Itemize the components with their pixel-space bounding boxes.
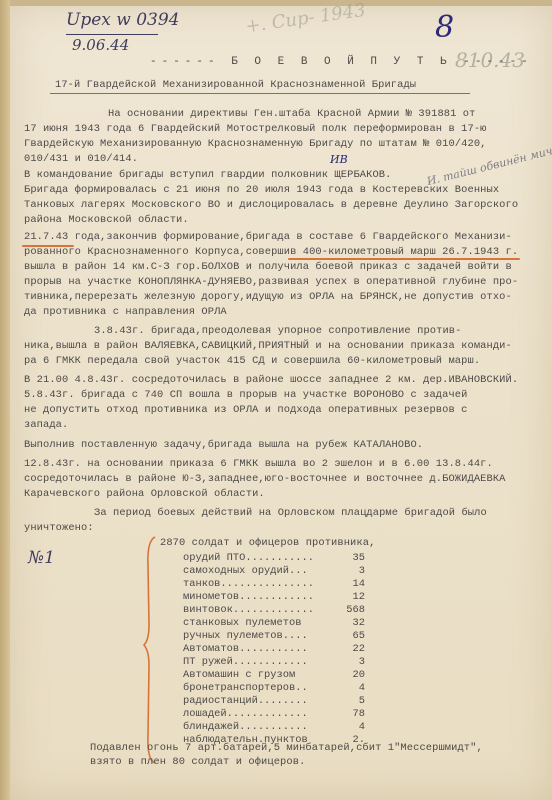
losses-header: 2870 солдат и офицеров противника, <box>160 537 375 550</box>
margin-initials: ИВ <box>330 153 348 166</box>
archive-ref-underline <box>66 34 158 35</box>
closing-line: Подавлен огонь 7 арт.батарей,5 минбатаре… <box>90 742 483 755</box>
losses-item-value: 12 <box>335 591 365 604</box>
underline-march <box>288 258 520 260</box>
body-line: В 21.00 4.8.43г. сосредоточилась в район… <box>24 374 518 387</box>
body-line: 17 июня 1943 года 6 Гвардейский Мотостре… <box>24 123 486 136</box>
losses-item: танков...............14 <box>183 578 365 591</box>
losses-item-name: танков............... <box>183 578 335 591</box>
losses-item-name: бронетранспортеров.. <box>183 682 335 695</box>
losses-item-value: 32 <box>335 617 365 630</box>
losses-item-value: 4 <box>335 721 365 734</box>
losses-list: орудий ПТО...........35самоходных орудий… <box>183 552 365 747</box>
body-line: да противника с направления ОРЛА <box>24 306 227 319</box>
page-top-edge <box>0 0 552 6</box>
losses-item: винтовок.............568 <box>183 604 365 617</box>
losses-item-name: станковых пулеметов <box>183 617 335 630</box>
document-subtitle: 17-й Гвардейской Механизированной Красно… <box>55 79 416 92</box>
archive-reference: Upex w 0394 <box>66 10 179 30</box>
losses-item-name: ПТ ружей............ <box>183 656 335 669</box>
losses-item-value: 568 <box>335 604 365 617</box>
losses-item-name: Автомашин с грузом <box>183 669 335 682</box>
losses-item-value: 4 <box>335 682 365 695</box>
body-line: В командование бригады вступил гвардии п… <box>24 169 391 182</box>
body-line: сосредоточилась в районе Ю-З,западнее,юг… <box>24 473 506 486</box>
body-line: не допустить отход противника из ОРЛА и … <box>24 404 467 417</box>
body-line: На основании директивы Ген.штаба Красной… <box>108 108 475 121</box>
losses-item: Автомашин с грузом20 <box>183 669 365 682</box>
body-line: района Московской области. <box>24 214 189 227</box>
losses-item-name: минометов............ <box>183 591 335 604</box>
body-line: уничтожено: <box>24 522 94 535</box>
body-line: Карачевского района Орловской области. <box>24 488 265 501</box>
losses-item: бронетранспортеров..4 <box>183 682 365 695</box>
losses-item: станковых пулеметов32 <box>183 617 365 630</box>
body-line: ника,вышла в район ВАЛЯЕВКА,САВИЦКИЙ,ПРИ… <box>24 340 512 353</box>
body-line: 21.7.43 года,закончив формирование,брига… <box>24 231 512 244</box>
losses-item-name: радиостанций........ <box>183 695 335 708</box>
body-line: Бригада формировалась с 21 июня по 20 ию… <box>24 184 499 197</box>
losses-item: Автоматов...........22 <box>183 643 365 656</box>
archive-date: 9.06.44 <box>72 36 129 54</box>
losses-item: радиостанций........5 <box>183 695 365 708</box>
losses-item-name: ручных пулеметов.... <box>183 630 335 643</box>
losses-item: самоходных орудий...3 <box>183 565 365 578</box>
body-line: Гвардейскую Механизированную Краснознаме… <box>24 138 486 151</box>
losses-item-value: 22 <box>335 643 365 656</box>
losses-item-value: 78 <box>335 708 365 721</box>
losses-item: блиндажей...........4 <box>183 721 365 734</box>
document-title: ------ Б О Е В О Й П У Т Ь ------ <box>150 56 533 69</box>
losses-item-value: 65 <box>335 630 365 643</box>
body-line: 3.8.43г. бригада,преодолевая упорное соп… <box>94 325 461 338</box>
losses-item-value: 35 <box>335 552 365 565</box>
body-line: запада. <box>24 419 68 432</box>
losses-item: ручных пулеметов....65 <box>183 630 365 643</box>
losses-item-name: самоходных орудий... <box>183 565 335 578</box>
losses-item-value: 20 <box>335 669 365 682</box>
body-line: 5.8.43г. бригада с 740 СП вошла в прорыв… <box>24 389 467 402</box>
body-line: тивника,перерезать железную дорогу,идущу… <box>24 291 512 304</box>
losses-item: лошадей.............78 <box>183 708 365 721</box>
body-line: 12.8.43г. на основании приказа 6 ГМКК вы… <box>24 458 493 471</box>
losses-item-name: Автоматов........... <box>183 643 335 656</box>
losses-item-value: 14 <box>335 578 365 591</box>
margin-number-mark: №1 <box>28 548 55 568</box>
body-line: вышла в район 14 км.С-З гор.БОЛХОВ и пол… <box>24 261 512 274</box>
subtitle-underline <box>50 93 470 94</box>
body-line: 010/431 и 010/414. <box>24 153 138 166</box>
binding-edge <box>0 0 10 800</box>
losses-item: орудий ПТО...........35 <box>183 552 365 565</box>
losses-item: ПТ ружей............3 <box>183 656 365 669</box>
losses-item-value: 3 <box>335 565 365 578</box>
losses-item-name: винтовок............. <box>183 604 335 617</box>
body-line: Танковых лагерях Московского ВО и дислоц… <box>24 199 518 212</box>
page-number: 8 <box>435 10 454 45</box>
body-line: Выполнив поставленную задачу,бригада выш… <box>24 439 423 452</box>
losses-item-name: блиндажей........... <box>183 721 335 734</box>
body-line: ра 6 ГМКК передала свой участок 415 СД и… <box>24 355 480 368</box>
body-line: прорыв на участке КОНОПЛЯНКА-ДУНЯЕВО,раз… <box>24 276 518 289</box>
closing-line: взято в плен 80 солдат и офицеров. <box>90 756 305 769</box>
losses-item-value: 5 <box>335 695 365 708</box>
losses-item-name: лошадей............. <box>183 708 335 721</box>
losses-item: минометов............12 <box>183 591 365 604</box>
orange-brace <box>143 535 157 765</box>
losses-item-name: орудий ПТО........... <box>183 552 335 565</box>
losses-item-value: 3 <box>335 656 365 669</box>
body-line: За период боевых действий на Орловском п… <box>94 507 487 520</box>
